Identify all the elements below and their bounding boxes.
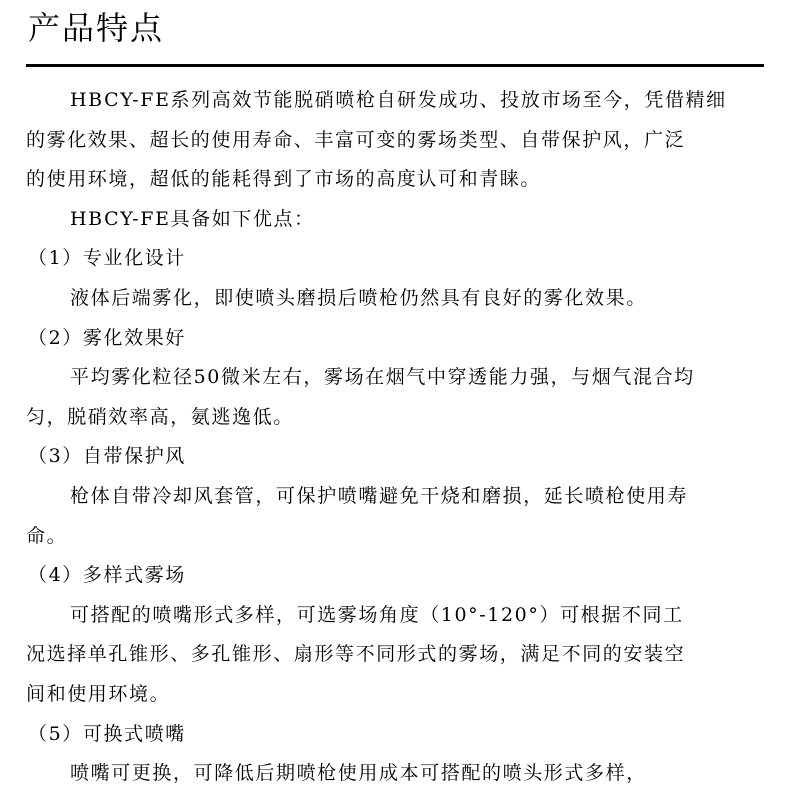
section-4-line-3: 间和使用环境。 [26,675,766,715]
section-4-line-2: 况选择单孔锥形、多孔锥形、扇形等不同形式的雾场，满足不同的安装空 [26,635,766,675]
section-2-line-1: 平均雾化粒径50微米左右，雾场在烟气中穿透能力强，与烟气混合均 [26,358,766,398]
document-body: HBCY-FE系列高效节能脱硝喷枪自研发成功、投放市场至今，凭借精细 的雾化效果… [26,81,766,794]
section-heading-2: （2）雾化效果好 [26,319,766,359]
section-heading-3: （3）自带保护风 [26,437,766,477]
section-heading-5: （5）可换式喷嘴 [26,715,766,755]
advantages-intro: HBCY-FE具备如下优点： [26,200,766,240]
section-3-line-1: 枪体自带冷却风套管，可保护喷嘴避免干烧和磨损，延长喷枪使用寿 [26,477,766,517]
intro-line-3: 的使用环境，超低的能耗得到了市场的高度认可和青睐。 [26,160,766,200]
section-heading-1: （1）专业化设计 [26,239,766,279]
intro-line-2: 的雾化效果、超长的使用寿命、丰富可变的雾场类型、自带保护风，广泛 [26,121,766,161]
section-1-line-1: 液体后端雾化，即使喷头磨损后喷枪仍然具有良好的雾化效果。 [26,279,766,319]
title-divider [26,64,764,67]
section-4-line-1: 可搭配的喷嘴形式多样，可选雾场角度（10°-120°）可根据不同工 [26,596,766,636]
section-5-line-1: 喷嘴可更换，可降低后期喷枪使用成本可搭配的喷头形式多样， [26,754,766,794]
page-title: 产品特点 [28,8,164,48]
section-heading-4: （4）多样式雾场 [26,556,766,596]
section-3-line-2: 命。 [26,517,766,557]
section-2-line-2: 匀，脱硝效率高，氨逃逸低。 [26,398,766,438]
intro-line-1: HBCY-FE系列高效节能脱硝喷枪自研发成功、投放市场至今，凭借精细 [26,81,766,121]
